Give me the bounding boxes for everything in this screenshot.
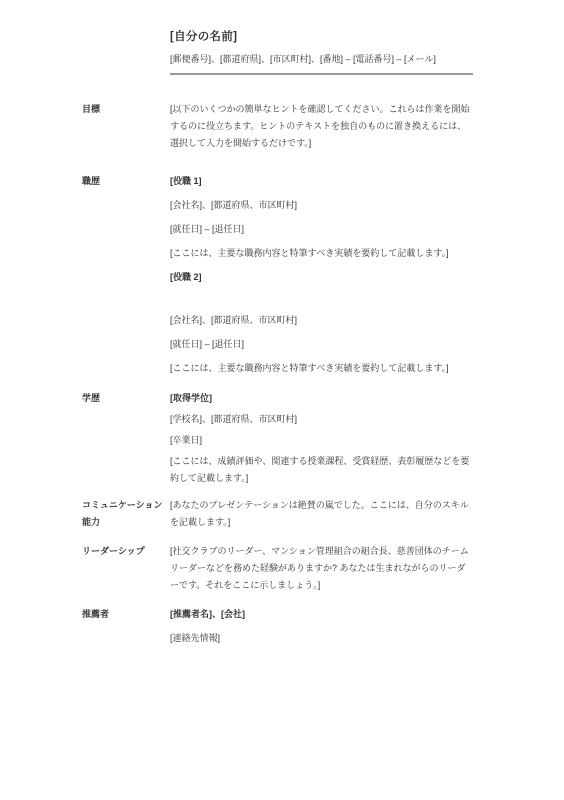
document-page: [自分の名前] [郵便番号]、[都道府県]、[市区町村]、[番地] – [電話番… xyxy=(0,0,564,800)
role-2-company[interactable]: [会社名]、[都道府県、市区町村] xyxy=(170,312,473,329)
graduation-date[interactable]: [卒業日] xyxy=(170,432,473,449)
education-content: [取得学位] [学校名]、[都道府県、市区町村] [卒業日] [ここには、成績評… xyxy=(170,390,473,491)
school-line[interactable]: [学校名]、[都道府県、市区町村] xyxy=(170,411,473,428)
section-education: 学歴 [取得学位] [学校名]、[都道府県、市区町村] [卒業日] [ここには、… xyxy=(82,390,473,491)
empty-paragraph xyxy=(170,293,473,305)
role-2-summary[interactable]: [ここには、主要な職務内容と特筆すべき実績を要約して記載します。] xyxy=(170,360,473,377)
objective-hint-text[interactable]: [以下のいくつかの簡単なヒントを確認してください。これらは作業を開始するのに役立… xyxy=(170,101,473,152)
resume-header: [自分の名前] [郵便番号]、[都道府県]、[市区町村]、[番地] – [電話番… xyxy=(170,30,473,75)
experience-content: [役職 1] [会社名]、[都道府県、市区町村] [就任日] – [退任日] [… xyxy=(170,173,473,384)
degree-title[interactable]: [取得学位] xyxy=(170,390,473,407)
communication-content: [あなたのプレゼンテーションは絶賛の嵐でした。ここには、自分のスキルを記載します… xyxy=(170,497,473,535)
reference-contact[interactable]: [連絡先情報] xyxy=(170,630,473,647)
communication-hint-text[interactable]: [あなたのプレゼンテーションは絶賛の嵐でした。ここには、自分のスキルを記載します… xyxy=(170,497,473,531)
header-rule xyxy=(170,73,473,75)
role-2-dates[interactable]: [就任日] – [退任日] xyxy=(170,336,473,353)
role-1-title[interactable]: [役職 1] xyxy=(170,173,473,190)
role-1-dates[interactable]: [就任日] – [退任日] xyxy=(170,221,473,238)
section-experience: 職歴 [役職 1] [会社名]、[都道府県、市区町村] [就任日] – [退任日… xyxy=(82,173,473,384)
section-label-education: 学歴 xyxy=(82,390,170,407)
section-label-references: 推薦者 xyxy=(82,606,170,623)
contact-placeholder[interactable]: [郵便番号]、[都道府県]、[市区町村]、[番地] – [電話番号] – [メー… xyxy=(170,51,473,68)
role-1-summary[interactable]: [ここには、主要な職務内容と特筆すべき実績を要約して記載します。] xyxy=(170,245,473,262)
name-placeholder[interactable]: [自分の名前] xyxy=(170,30,473,45)
role-1-company[interactable]: [会社名]、[都道府県、市区町村] xyxy=(170,197,473,214)
section-label-leadership: リーダーシップ xyxy=(82,543,170,560)
section-leadership: リーダーシップ [社交クラブのリーダー、マンション管理組合の組合長、慈善団体のチ… xyxy=(82,543,473,598)
section-label-experience: 職歴 xyxy=(82,173,170,190)
objective-content: [以下のいくつかの簡単なヒントを確認してください。これらは作業を開始するのに役立… xyxy=(170,101,473,159)
section-label-communication-skills: コミュニケーション能力 xyxy=(82,497,170,531)
leadership-content: [社交クラブのリーダー、マンション管理組合の組合長、慈善団体のチームリーダーなど… xyxy=(170,543,473,598)
section-communication-skills: コミュニケーション能力 [あなたのプレゼンテーションは絶賛の嵐でした。ここには、… xyxy=(82,497,473,535)
reference-name[interactable]: [推薦者名]、[会社] xyxy=(170,606,473,623)
section-references: 推薦者 [推薦者名]、[会社] [連絡先情報] xyxy=(82,606,473,654)
section-objective: 目標 [以下のいくつかの簡単なヒントを確認してください。これらは作業を開始するの… xyxy=(82,101,473,159)
leadership-hint-text[interactable]: [社交クラブのリーダー、マンション管理組合の組合長、慈善団体のチームリーダーなど… xyxy=(170,543,473,594)
resume-document: [自分の名前] [郵便番号]、[都道府県]、[市区町村]、[番地] – [電話番… xyxy=(0,0,473,654)
references-content: [推薦者名]、[会社] [連絡先情報] xyxy=(170,606,473,654)
education-summary[interactable]: [ここには、成績評価や、関連する授業課程、受賞経歴、表彰履歴などを要約して記載し… xyxy=(170,453,473,487)
role-2-title[interactable]: [役職 2] xyxy=(170,269,473,286)
section-label-objective: 目標 xyxy=(82,101,170,118)
